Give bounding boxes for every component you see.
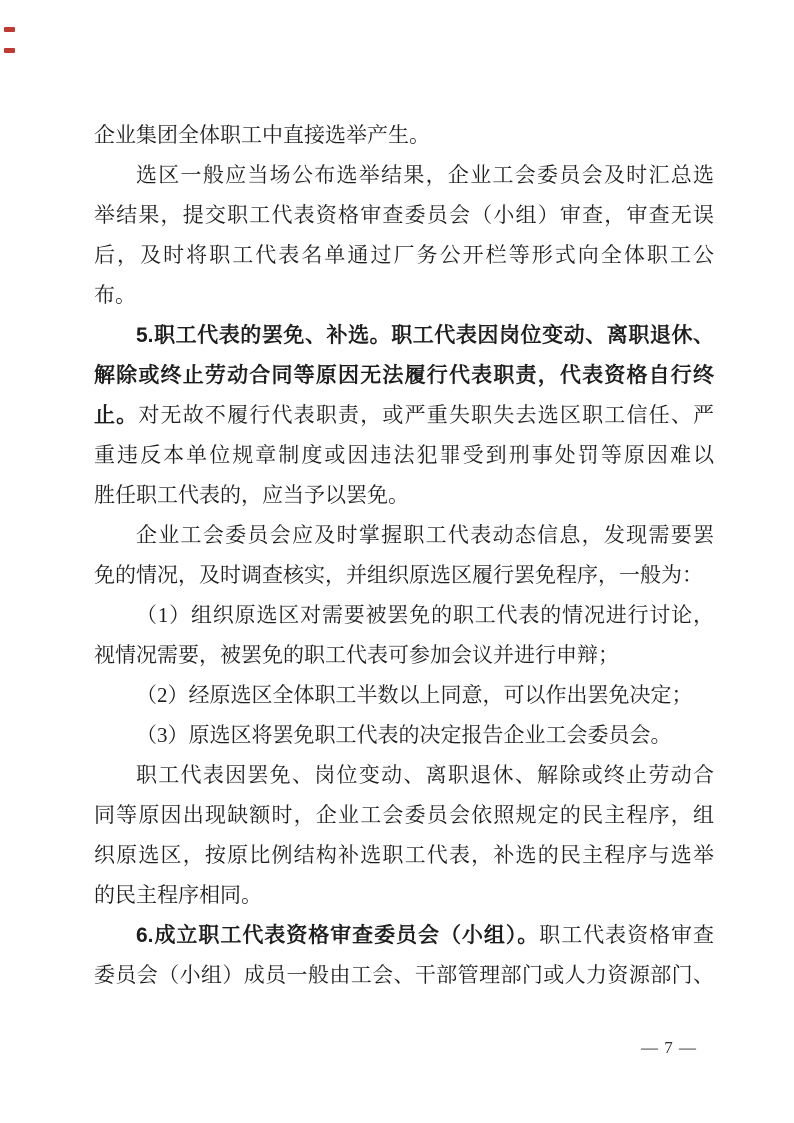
text-line: 6.成立职工代表资格审查委员会（小组）。职工代表资格审查	[94, 915, 714, 955]
text-segment: 企业工会委员会应及时掌握职工代表动态信息，发现需要罢	[136, 523, 714, 547]
text-segment: 委员会（小组）成员一般由工会、干部管理部门或人力资源部门、	[94, 963, 714, 987]
text-line: 免的情况，及时调查核实，并组织原选区履行罢免程序，一般为：	[94, 555, 714, 595]
text-segment: （3）原选区将罢免职工代表的决定报告企业工会委员会。	[136, 723, 672, 747]
text-line: 视情况需要，被罢免的职工代表可参加会议并进行申辩；	[94, 635, 714, 675]
text-segment: 举结果，提交职工代表资格审查委员会（小组）审查，审查无误	[94, 203, 714, 227]
text-line: 选区一般应当场公布选举结果，企业工会委员会及时汇总选	[94, 155, 714, 195]
text-block: 企业集团全体职工中直接选举产生。选区一般应当场公布选举结果，企业工会委员会及时汇…	[94, 115, 714, 995]
document-page: 企业集团全体职工中直接选举产生。选区一般应当场公布选举结果，企业工会委员会及时汇…	[0, 0, 794, 1123]
bold-text-segment: 5.职工代表的罢免、补选。职工代表因岗位变动、离职退休、	[136, 324, 714, 347]
text-segment: 视情况需要，被罢免的职工代表可参加会议并进行申辩；	[94, 643, 619, 667]
text-segment: 同等原因出现缺额时，企业工会委员会依照规定的民主程序，组	[94, 803, 714, 827]
text-line: （2）经原选区全体职工半数以上同意，可以作出罢免决定；	[94, 675, 714, 715]
text-line: 5.职工代表的罢免、补选。职工代表因岗位变动、离职退休、	[94, 315, 714, 355]
text-line: 止。对无故不履行代表职责，或严重失职失去选区职工信任、严	[94, 395, 714, 435]
text-segment: 职工代表因罢免、岗位变动、离职退休、解除或终止劳动合	[136, 763, 714, 787]
text-segment: 职工代表资格审查	[539, 923, 714, 947]
text-segment: 布。	[94, 283, 136, 307]
text-segment: （1）组织原选区对需要被罢免的职工代表的情况进行讨论，	[136, 603, 714, 627]
text-line: 职工代表因罢免、岗位变动、离职退休、解除或终止劳动合	[94, 755, 714, 795]
text-line: 企业集团全体职工中直接选举产生。	[94, 115, 714, 155]
text-line: 重违反本单位规章制度或因违法犯罪受到刑事处罚等原因难以	[94, 435, 714, 475]
text-line: 委员会（小组）成员一般由工会、干部管理部门或人力资源部门、	[94, 955, 714, 995]
red-tick-mark	[4, 27, 15, 32]
text-segment: 重违反本单位规章制度或因违法犯罪受到刑事处罚等原因难以	[94, 443, 714, 467]
text-line: 的民主程序相同。	[94, 875, 714, 915]
text-segment: 后，及时将职工代表名单通过厂务公开栏等形式向全体职工公	[94, 243, 714, 267]
text-line: 胜任职工代表的，应当予以罢免。	[94, 475, 714, 515]
text-line: 布。	[94, 275, 714, 315]
text-line: （1）组织原选区对需要被罢免的职工代表的情况进行讨论，	[94, 595, 714, 635]
text-segment: 免的情况，及时调查核实，并组织原选区履行罢免程序，一般为：	[94, 563, 703, 587]
bold-text-segment: 止。	[94, 404, 138, 427]
text-segment: 企业集团全体职工中直接选举产生。	[94, 123, 430, 147]
text-line: 举结果，提交职工代表资格审查委员会（小组）审查，审查无误	[94, 195, 714, 235]
bold-text-segment: 解除或终止劳动合同等原因无法履行代表职责，代表资格自行终	[94, 364, 714, 387]
text-segment: 选区一般应当场公布选举结果，企业工会委员会及时汇总选	[136, 163, 714, 187]
text-segment: 织原选区，按原比例结构补选职工代表，补选的民主程序与选举	[94, 843, 714, 867]
text-line: 解除或终止劳动合同等原因无法履行代表职责，代表资格自行终	[94, 355, 714, 395]
page-number: — 7 —	[0, 1038, 697, 1058]
text-line: 同等原因出现缺额时，企业工会委员会依照规定的民主程序，组	[94, 795, 714, 835]
red-tick-mark	[4, 48, 15, 53]
text-line: 后，及时将职工代表名单通过厂务公开栏等形式向全体职工公	[94, 235, 714, 275]
text-line: 企业工会委员会应及时掌握职工代表动态信息，发现需要罢	[94, 515, 714, 555]
text-segment: 的民主程序相同。	[94, 883, 262, 907]
text-line: 织原选区，按原比例结构补选职工代表，补选的民主程序与选举	[94, 835, 714, 875]
bold-text-segment: 6.成立职工代表资格审查委员会（小组）。	[136, 924, 539, 947]
text-segment: 胜任职工代表的，应当予以罢免。	[94, 483, 409, 507]
text-line: （3）原选区将罢免职工代表的决定报告企业工会委员会。	[94, 715, 714, 755]
text-segment: （2）经原选区全体职工半数以上同意，可以作出罢免决定；	[136, 683, 693, 707]
text-segment: 对无故不履行代表职责，或严重失职失去选区职工信任、严	[138, 403, 714, 427]
